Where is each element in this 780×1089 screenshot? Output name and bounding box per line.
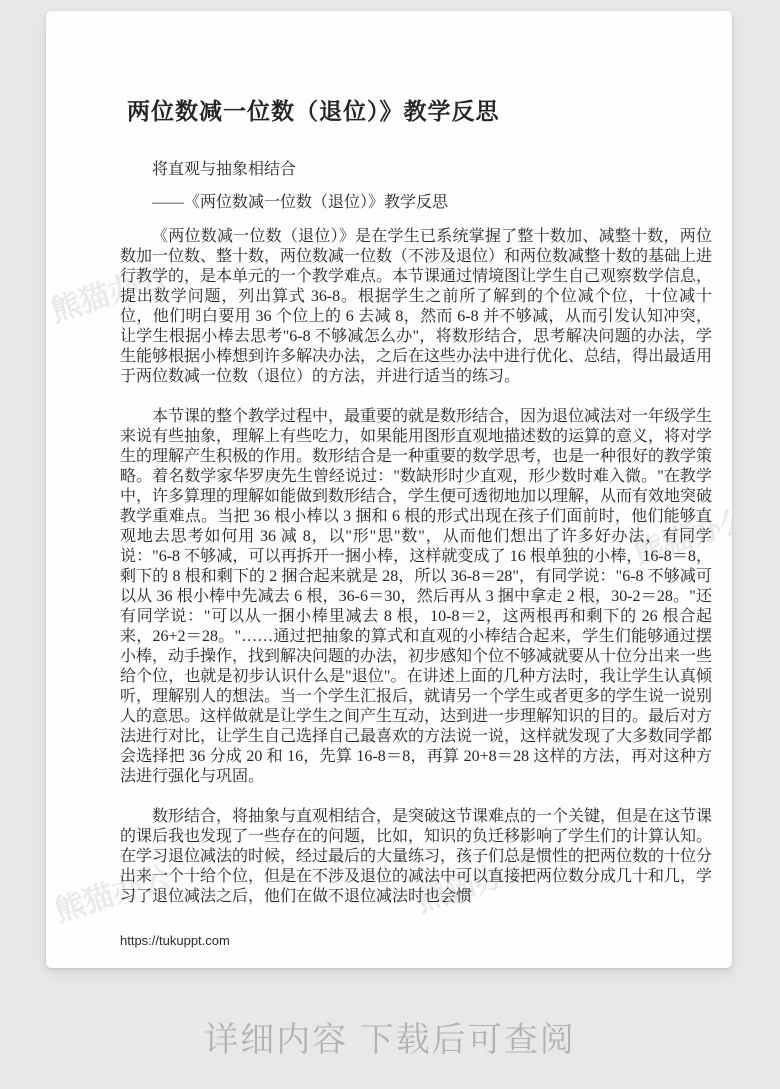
site-url-text: https://tukuppt.com (120, 933, 712, 948)
document-subtitle-line1: 将直观与抽象相结合 (120, 160, 712, 180)
document-paragraph-2: 本节课的整个教学过程中，最重要的就是数形结合，因为退位减法对一年级学生来说有些抽… (120, 407, 712, 787)
document-page: 熊猫办公 熊猫办公 熊猫办公 熊猫办公 两位数减一位数（退位）》教学反思 将直观… (46, 11, 732, 968)
document-content: 两位数减一位数（退位）》教学反思 将直观与抽象相结合 ——《两位数减一位数（退位… (120, 11, 712, 948)
preview-caption: 详细内容 下载后可查阅 (0, 1012, 780, 1061)
document-paragraph-3: 数形结合，将抽象与直观相结合，是突破这节课难点的一个关键，但是在这节课的课后我也… (120, 807, 712, 907)
document-subtitle-line2: ——《两位数减一位数（退位）》教学反思 (120, 193, 712, 213)
document-title: 两位数减一位数（退位）》教学反思 (120, 93, 712, 126)
document-paragraph-1: 《两位数减一位数（退位）》是在学生已系统掌握了整十数加、减整十数，两位数加一位数… (120, 227, 712, 387)
